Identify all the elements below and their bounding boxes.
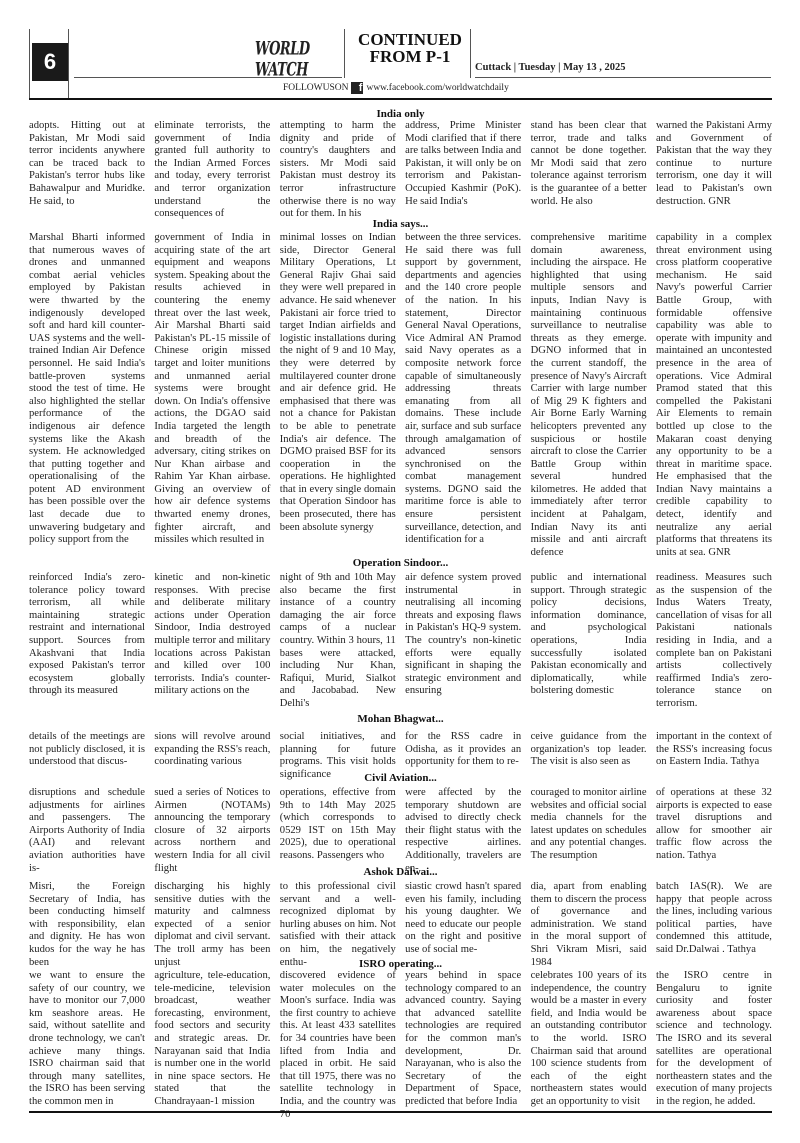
article-column: Misri, the Foreign Secretary of India, h… (29, 881, 145, 969)
article-column: night of 9th and 10th May also became th… (280, 572, 396, 711)
article-column: batch IAS(R). We are happy that people a… (656, 881, 772, 969)
divider (475, 77, 771, 78)
newspaper-logo: WORLD WATCH (255, 38, 341, 83)
article-columns: Marshal Bharti informed that numerous wa… (29, 232, 772, 559)
article-column: capability in a complex threat environme… (656, 232, 772, 559)
facebook-link[interactable]: www.facebook.com/worldwatchdaily (366, 83, 508, 93)
article-column: siastic crowd hasn't spared even his fam… (405, 881, 521, 969)
article-column: attempting to harm the dignity and pride… (280, 120, 396, 221)
divider (470, 29, 471, 78)
page-number: 6 (32, 43, 68, 81)
divider (29, 98, 772, 100)
article-column: minimal losses on Indian side, Director … (280, 232, 396, 559)
section-heading: Mohan Bhagwat... (29, 713, 772, 725)
article-column: of operations at these 32 airports is ex… (656, 787, 772, 875)
article-column: Marshal Bharti informed that numerous wa… (29, 232, 145, 559)
article-column: adopts. Hitting out at Pakistan, Mr Modi… (29, 120, 145, 221)
article-columns: disruptions and schedule adjustments for… (29, 787, 772, 875)
divider (29, 29, 30, 99)
article-column: disruptions and schedule adjustments for… (29, 787, 145, 875)
article-column: discharging his highly sensitive duties … (154, 881, 270, 969)
follow-us-bar: FOLLOWUSON f www.facebook.com/worldwatch… (283, 82, 509, 94)
article-column: years behind in space technology compare… (405, 970, 521, 1121)
divider (29, 1111, 772, 1113)
article-column: discovered evidence of water molecules o… (280, 970, 396, 1121)
section-heading: India says... (29, 218, 772, 230)
article-columns: adopts. Hitting out at Pakistan, Mr Modi… (29, 120, 772, 221)
section-heading: India only (29, 108, 772, 120)
masthead: 6 WORLD WATCH CONTINUED FROM P-1 Cuttack… (0, 0, 800, 104)
article-columns: reinforced India's zero-tolerance policy… (29, 572, 772, 711)
follow-label: FOLLOWUSON (283, 83, 348, 93)
article-column: eliminate terrorists, the government of … (154, 120, 270, 221)
article-column: comprehensive maritime domain awareness,… (531, 232, 647, 559)
article-column: dia, apart from enabling them to discern… (531, 881, 647, 969)
divider (68, 29, 69, 99)
divider (344, 29, 345, 78)
article-column: between the three services. He said ther… (405, 232, 521, 559)
facebook-icon[interactable]: f (351, 82, 363, 94)
article-column: reinforced India's zero-tolerance policy… (29, 572, 145, 711)
dateline: Cuttack | Tuesday | May 13 , 2025 (475, 62, 625, 73)
article-column: celebrates 100 years of its independence… (531, 970, 647, 1121)
article-column: operations, effective from 9th to 14th M… (280, 787, 396, 875)
continued-line2: FROM P-1 (355, 48, 465, 65)
article-column: public and international support. Throug… (531, 572, 647, 711)
article-column: address, Prime Minister Modi clarified t… (405, 120, 521, 221)
article-column: stand has been clear that terror, trade … (531, 120, 647, 221)
article-column: to this professional civil servant and a… (280, 881, 396, 969)
section-heading: ISRO operating... (29, 958, 772, 970)
article-column: the ISRO centre in Bengaluru to ignite c… (656, 970, 772, 1121)
article-column: couraged to monitor airline websites and… (531, 787, 647, 875)
continued-banner: CONTINUED FROM P-1 (355, 31, 465, 65)
article-column: kinetic and non-kinetic responses. With … (154, 572, 270, 711)
article-column: air defence system proved instrumental i… (405, 572, 521, 711)
article-column: government of India in acquiring state o… (154, 232, 270, 559)
divider (74, 77, 342, 78)
continued-line1: CONTINUED (355, 31, 465, 48)
section-heading: Ashok Dalwai... (29, 866, 772, 878)
article-columns: Misri, the Foreign Secretary of India, h… (29, 881, 772, 969)
section-heading: Civil Aviation... (29, 772, 772, 784)
article-column: agriculture, tele-education, tele-medici… (154, 970, 270, 1121)
section-heading: Operation Sindoor... (29, 557, 772, 569)
article-column: sued a series of Notices to Airmen (NOTA… (154, 787, 270, 875)
article-column: we want to ensure the safety of our coun… (29, 970, 145, 1121)
article-column: warned the Pakistani Army and Government… (656, 120, 772, 221)
article-column: were affected by the temporary shutdown … (405, 787, 521, 875)
article-columns: we want to ensure the safety of our coun… (29, 970, 772, 1121)
article-column: readiness. Measures such as the suspensi… (656, 572, 772, 711)
